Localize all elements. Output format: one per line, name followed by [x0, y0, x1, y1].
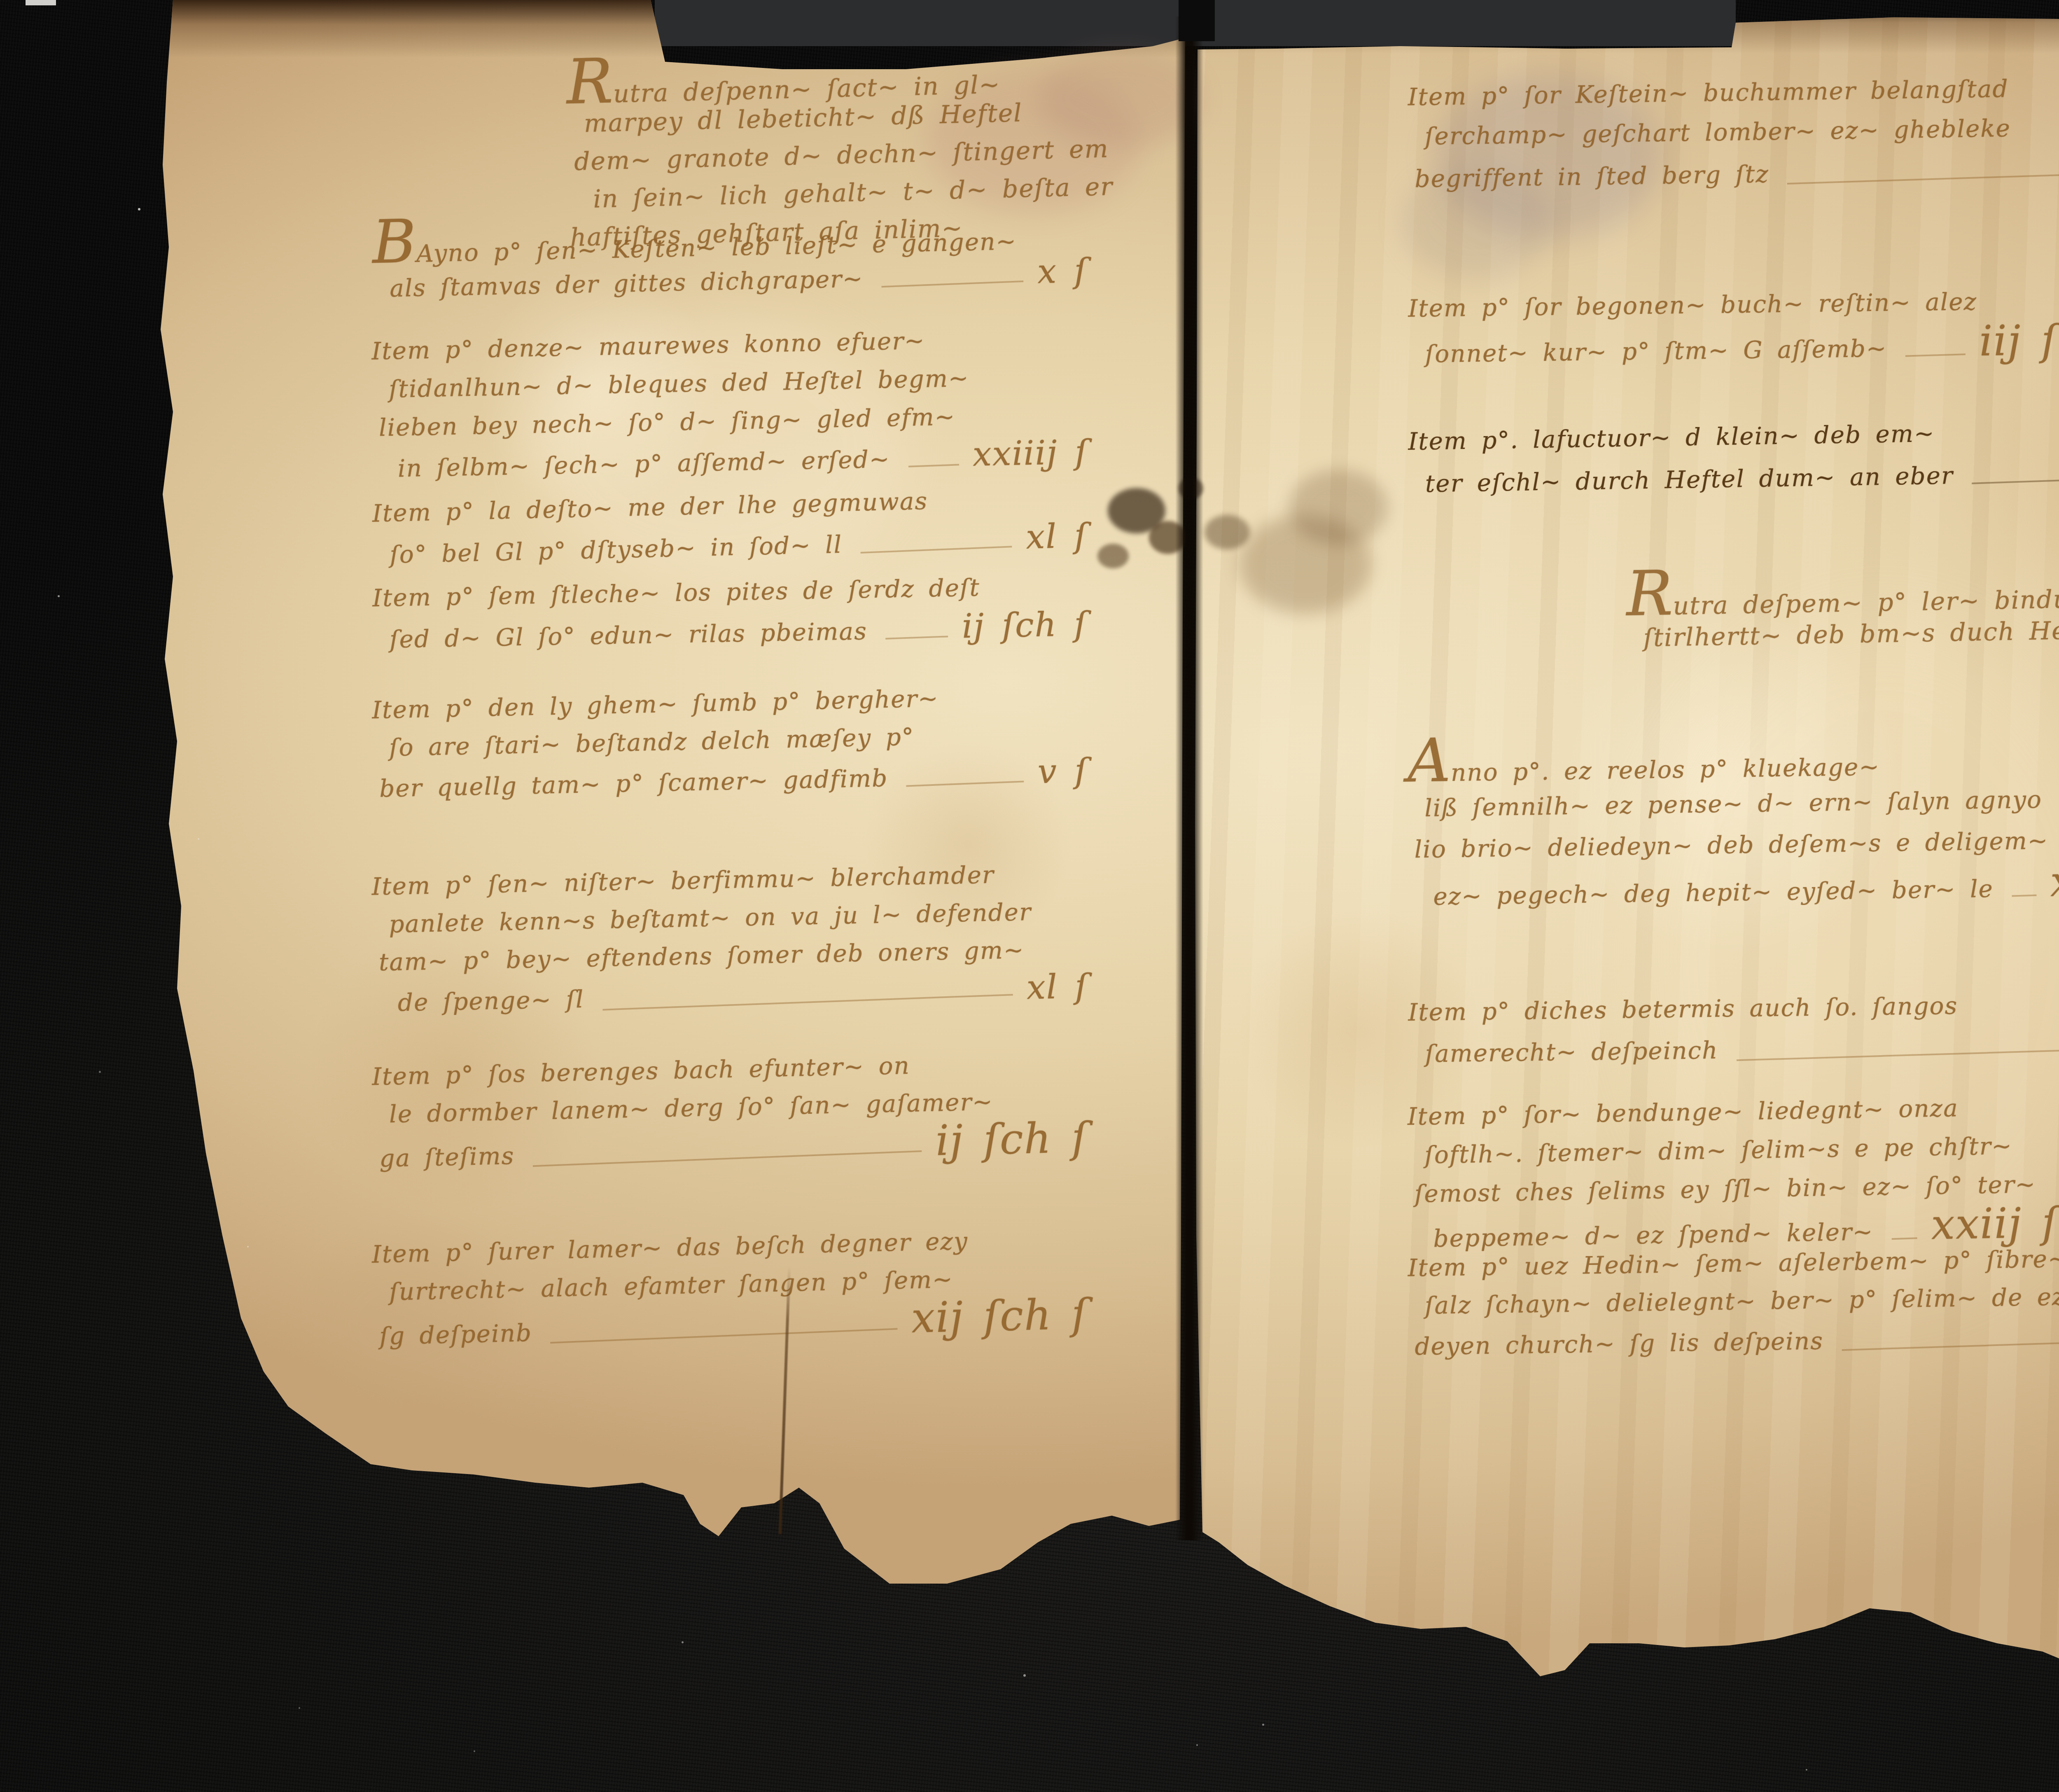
amount-flourish-line — [2012, 895, 2036, 897]
dust-speck-8 — [682, 1641, 684, 1643]
script-text: ber quellg tam~ p° ſcamer~ gadfimb — [379, 759, 888, 808]
dust-speck-0 — [138, 208, 140, 210]
left-entry-4: Item p° ſem ſtleche~ los pites de ſerdz … — [372, 566, 1088, 656]
right-entry-2: Item p°. lafuctuor~ d klein~ deb em~ter … — [1408, 410, 2059, 501]
script-text: ſamerecht~ deſpeinch — [1425, 1031, 1718, 1073]
amount-flourish-line — [882, 280, 1024, 287]
script-text: ſg deſpeinb — [379, 1314, 532, 1355]
right-entry-5: Item p° diches betermis auch ſo. ſangosſ… — [1408, 984, 2059, 1070]
amount-flourish-line — [1842, 1342, 2059, 1351]
amount-flourish-line — [602, 994, 1013, 1011]
amount-flourish-line — [551, 1328, 898, 1343]
left-entry-2: Item p° denze~ maurewes konno efuer~ſtid… — [371, 318, 1089, 485]
amount-text: xxiij ſch ſ — [1931, 1202, 2059, 1244]
script-text: ſo° bel Gl p° dſtyseb~ in ſod~ ll — [389, 525, 843, 574]
amount-flourish-line — [908, 464, 959, 467]
left-entry-1: BAyno p° ſen~ Keſten~ leb lieſt~ e gange… — [372, 213, 1088, 305]
dust-speck-11 — [1806, 1769, 1807, 1771]
script-line: Rutra deſpem~ p° ler~ bindunge~ e~ — [1626, 570, 2059, 619]
right-heading-3: Rutra deſpem~ p° ler~ bindunge~ e~ſtirlh… — [1626, 570, 2059, 658]
left-entry-7: Item p° ſos berenges bach efunter~ onle … — [371, 1043, 1088, 1171]
amount-text: ij ſch ſ — [935, 1119, 1088, 1160]
script-text: ga ſteſims — [379, 1137, 515, 1178]
dust-speck-1 — [58, 595, 60, 597]
script-text: de ſpenge~ ſl — [397, 980, 584, 1022]
script-text: ſed d~ Gl ſo° edun~ rilas pbeimas — [389, 612, 867, 659]
gutter-top-notch — [1179, 0, 1215, 41]
script-line: Item p° ſor begonen~ buch~ reſtin~ alez — [1408, 280, 2059, 328]
amount-text: xij ſch ſ — [911, 1295, 1088, 1337]
left-entry-5: Item p° den ly ghem~ ſumb p° bergher~ſo … — [371, 676, 1088, 805]
amount-text: xxj ſch ſ — [2050, 858, 2059, 902]
amount-flourish-line — [1787, 173, 2059, 184]
text-layer: Rutra deſpenn~ ſact~ in gl~marpey dl leb… — [0, 0, 2059, 1792]
script-text: ez~ pegech~ deg hepit~ eyſed~ ber~ le — [1433, 868, 1994, 917]
right-entry-0: Item p° ſor Keſtein~ buchummer belangſta… — [1408, 67, 2059, 196]
amount-flourish-line — [1892, 1237, 1917, 1240]
amount-text: v ſ — [1037, 752, 1088, 791]
amount-flourish-line — [533, 1150, 922, 1167]
manuscript-photo: Rutra deſpenn~ ſact~ in gl~marpey dl leb… — [0, 0, 2059, 1792]
amount-text: ij ſch ſ — [962, 605, 1088, 646]
right-entry-4: Anno p°. ez reelos p° kluekage~liß ſemni… — [1407, 736, 2059, 911]
amount-text: xxiiij ſ — [972, 433, 1088, 474]
dust-speck-13 — [1196, 1744, 1198, 1746]
amount-flourish-line — [885, 635, 948, 639]
amount-flourish-line — [906, 781, 1024, 787]
dust-speck-15 — [247, 1246, 249, 1248]
amount-flourish-line — [1972, 479, 2059, 484]
gutter-fold — [1175, 16, 1203, 1540]
dust-speck-3 — [99, 1071, 101, 1073]
scan-artifact — [26, 0, 56, 5]
right-entry-6: Item p° ſor~ bendunge~ liedegnt~ onzaſof… — [1407, 1086, 2059, 1252]
script-text: in ſelbm~ ſech~ p° aſſemd~ erſed~ — [397, 440, 890, 488]
left-entry-3: Item p° la deſto~ me der lhe gegmuwasſo°… — [372, 478, 1088, 571]
script-text: ter eſchl~ durch Heftel dum~ an eber — [1425, 456, 1954, 503]
script-text: ſonnet~ kur~ p° ſtm~ G aſſemb~ — [1425, 329, 1887, 374]
amount-text: x ſ — [1037, 252, 1088, 292]
dust-speck-12 — [299, 1707, 300, 1709]
right-entry-1: Item p° ſor begonen~ buch~ reſtin~ alezſ… — [1408, 280, 2059, 368]
amount-text: xl ſ — [1025, 516, 1088, 556]
amount-flourish-line — [1737, 1049, 2059, 1061]
dust-speck-17 — [474, 1750, 475, 1752]
right-entry-7: Item p° uez Hedin~ ſem~ aſelerbem~ p° ſi… — [1408, 1239, 2059, 1363]
script-text: deyen church~ ſg lis deſpeins — [1415, 1322, 1824, 1365]
amount-text: iij ſch ſ — [1979, 319, 2059, 361]
dust-speck-2 — [198, 838, 199, 840]
script-text: begriffent in ſted berg ſtz — [1415, 154, 1770, 199]
amount-flourish-line — [861, 546, 1012, 554]
left-entry-8: Item p° ſurer lamer~ das beſch degner ez… — [371, 1219, 1088, 1349]
amount-flourish-line — [1905, 353, 1966, 357]
left-entry-6: Item p° ſen~ niſter~ berfimmu~ blerchamd… — [371, 854, 1089, 1019]
dust-speck-9 — [1023, 1674, 1026, 1677]
amount-text: xl ſ — [1026, 967, 1088, 1007]
dust-speck-10 — [1262, 1724, 1264, 1726]
